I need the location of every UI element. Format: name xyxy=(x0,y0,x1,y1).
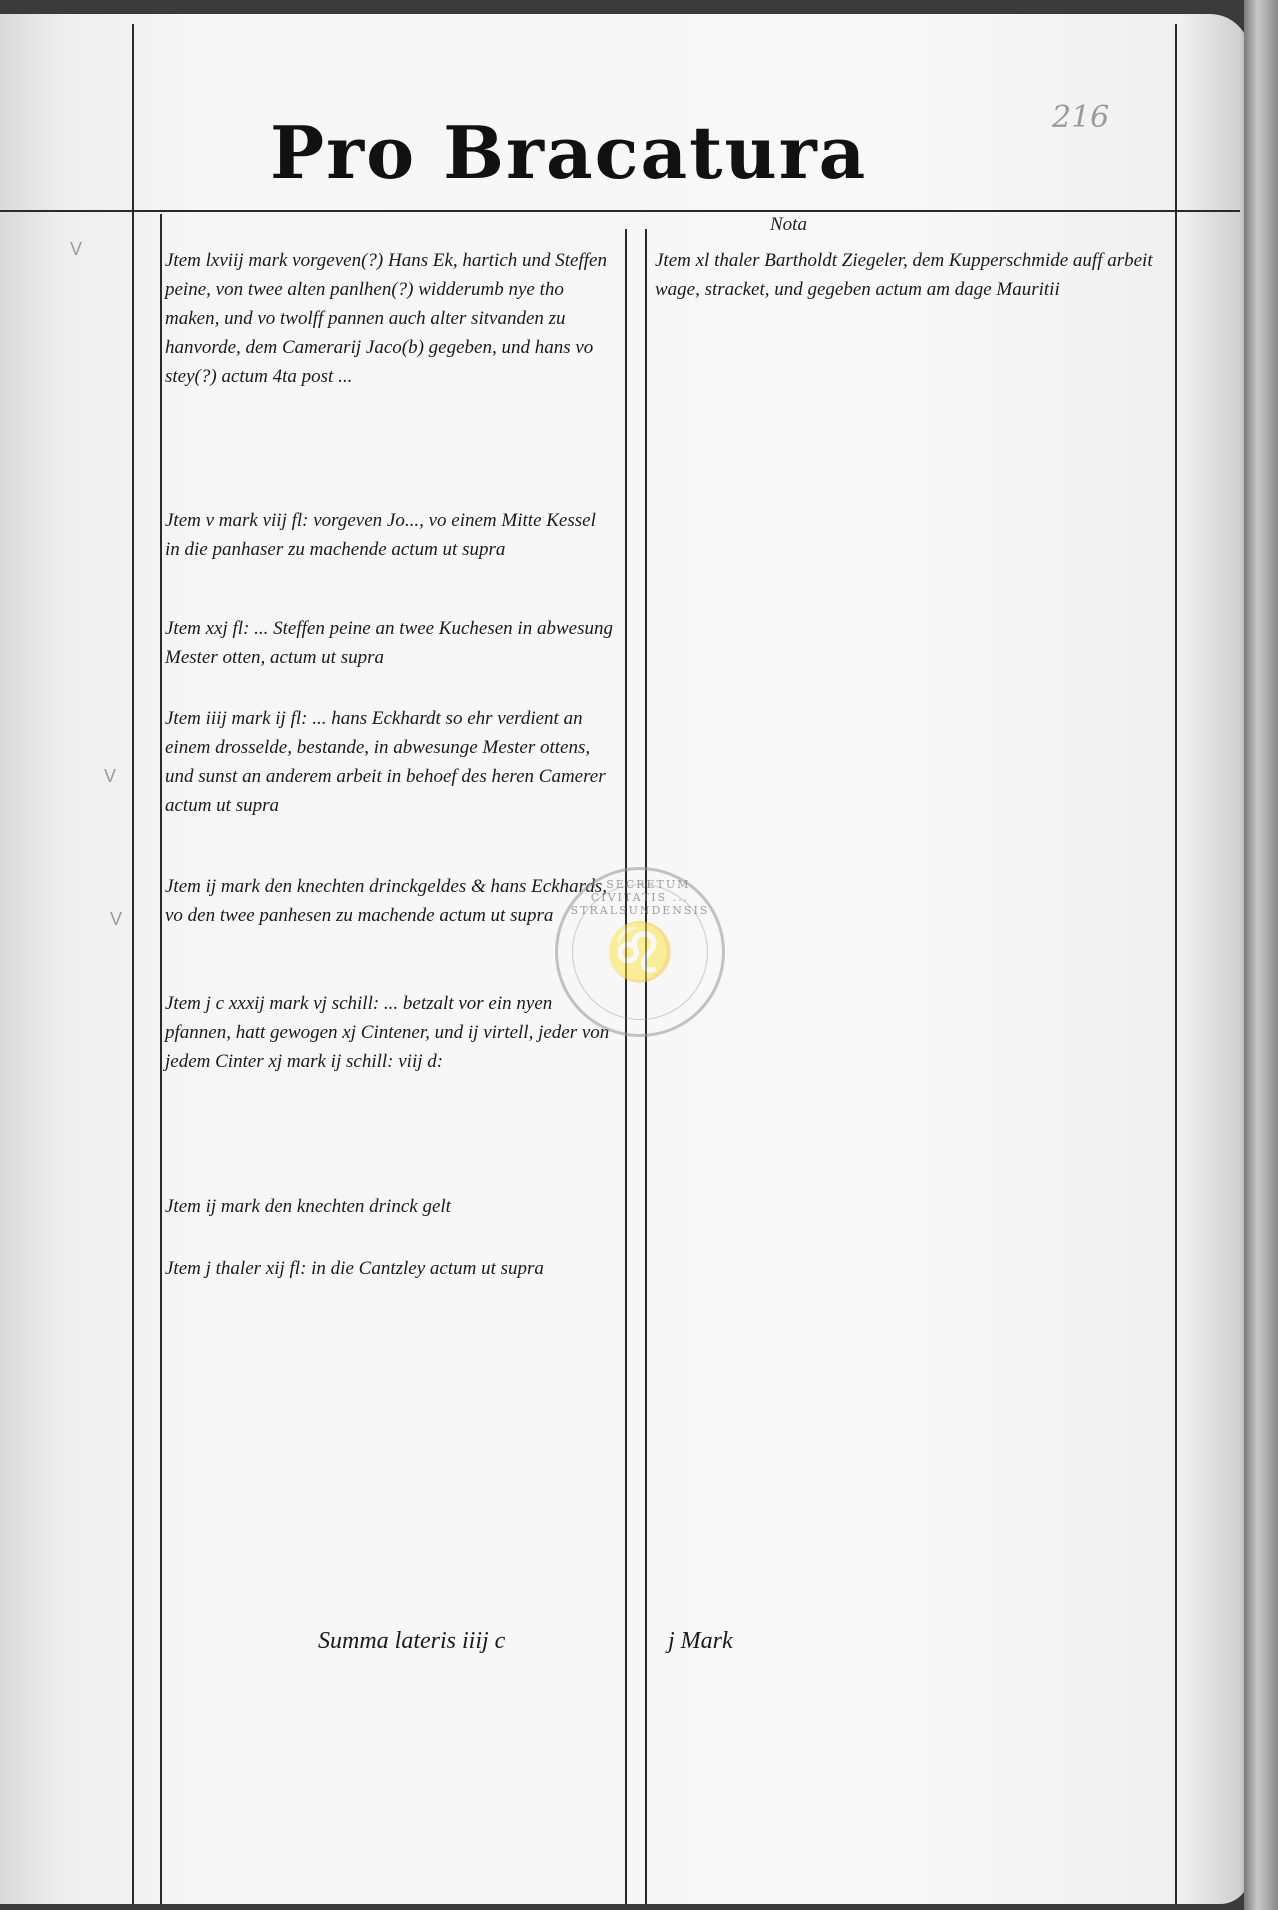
left-margin-rule-inner xyxy=(160,214,162,1904)
margin-check-mark: V xyxy=(104,766,116,787)
entry-text: Jtem j thaler xij fl: in die Cantzley ac… xyxy=(165,1254,615,1283)
column-divider-rule-2 xyxy=(645,229,647,1904)
summa-lateris-label: Summa lateris iiij c xyxy=(318,1628,505,1655)
left-entry: Jtem v mark viij fl: vorgeven Jo..., vo … xyxy=(165,506,615,564)
heading-rule xyxy=(0,210,1240,212)
left-entry: Jtem xxj fl: ... Steffen peine an twee K… xyxy=(165,614,615,672)
column-divider-rule-1 xyxy=(625,229,627,1904)
folio-number: 216 xyxy=(1052,100,1109,135)
entry-text: Jtem v mark viij fl: vorgeven Jo..., vo … xyxy=(165,506,615,564)
entry-text: Jtem iiij mark ij fl: ... hans Eckhardt … xyxy=(165,704,615,820)
margin-check-mark: V xyxy=(110,909,122,930)
left-entry: Jtem ij mark den knechten drinckgeldes &… xyxy=(165,872,615,930)
entry-text: Jtem j c xxxij mark vj schill: ... betza… xyxy=(165,989,615,1076)
left-margin-rule xyxy=(132,24,134,1904)
right-column-heading: Nota xyxy=(770,214,807,236)
entry-text: Jtem ij mark den knechten drinck gelt xyxy=(165,1192,615,1221)
left-entry: Jtem j thaler xij fl: in die Cantzley ac… xyxy=(165,1254,615,1283)
lion-emblem-icon: ♌ xyxy=(605,919,675,985)
entry-text: Jtem lxviij mark vorgeven(?) Hans Ek, ha… xyxy=(165,246,615,391)
manuscript-page: 216 Pro Bracatura Nota Jtem lxviij mark … xyxy=(0,14,1250,1904)
entry-text: Jtem xl thaler Bartholdt Ziegeler, dem K… xyxy=(655,246,1165,304)
left-entry: Jtem j c xxxij mark vj schill: ... betza… xyxy=(165,989,615,1076)
page-title: Pro Bracatura xyxy=(270,110,867,195)
margin-check-mark: V xyxy=(70,239,82,260)
right-margin-rule xyxy=(1175,24,1177,1904)
book-page-edge xyxy=(1244,0,1278,1910)
left-entry: Jtem ij mark den knechten drinck gelt xyxy=(165,1192,615,1221)
entry-text: Jtem xxj fl: ... Steffen peine an twee K… xyxy=(165,614,615,672)
left-entry: Jtem lxviij mark vorgeven(?) Hans Ek, ha… xyxy=(165,246,615,391)
city-seal-stamp: + SECRETUM CIVITATIS ... STRALSUNDENSIS … xyxy=(555,867,725,1037)
left-entry: Jtem iiij mark ij fl: ... hans Eckhardt … xyxy=(165,704,615,820)
entry-text: Jtem ij mark den knechten drinckgeldes &… xyxy=(165,872,615,930)
seal-legend: + SECRETUM CIVITATIS ... STRALSUNDENSIS xyxy=(558,878,722,917)
right-entry: Jtem xl thaler Bartholdt Ziegeler, dem K… xyxy=(655,246,1165,304)
summa-lateris-value: j Mark xyxy=(668,1628,733,1655)
